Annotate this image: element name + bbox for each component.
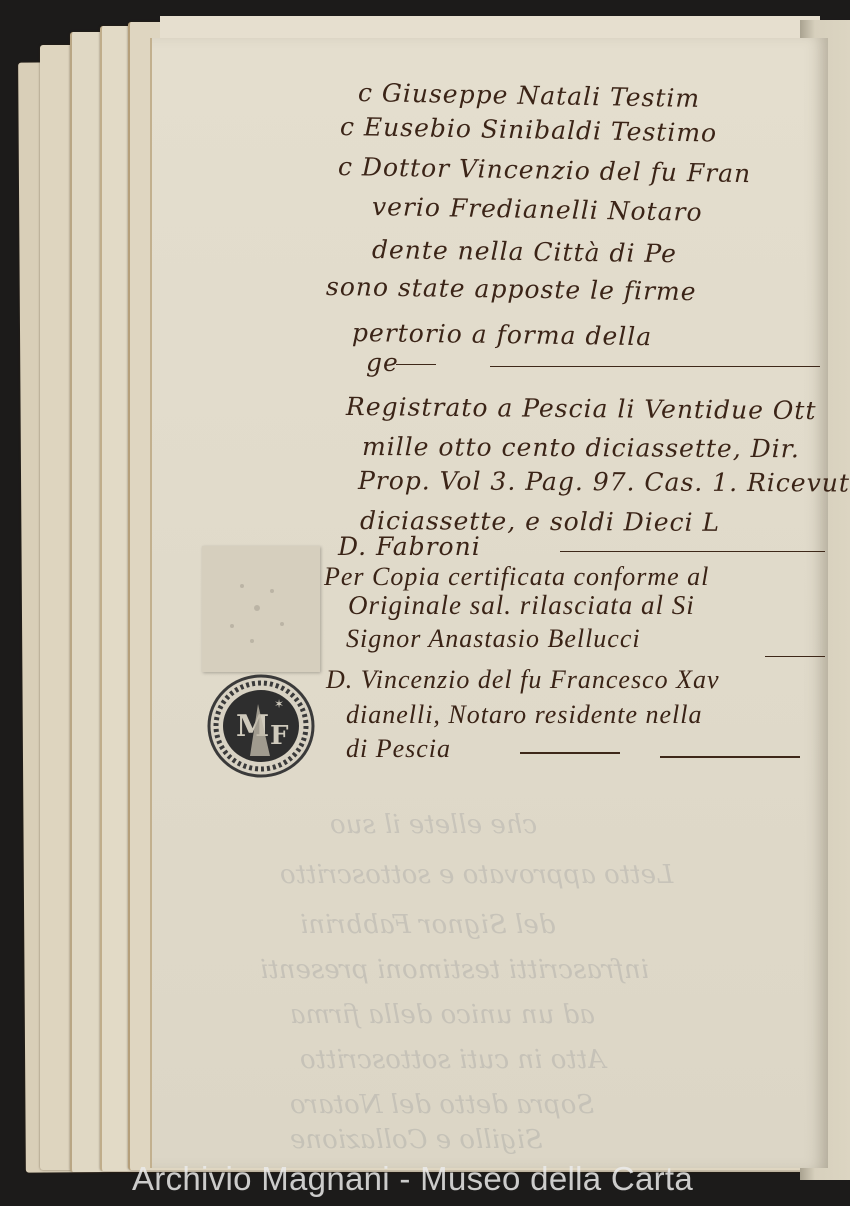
- svg-text:F: F: [270, 721, 289, 751]
- handwritten-line: verio Fredianelli Notaro: [372, 192, 703, 227]
- handwritten-line: sono state apposte le firme: [326, 272, 697, 306]
- paper-slip: [202, 546, 320, 672]
- handwritten-line: D. Fabroni: [338, 532, 481, 561]
- line-rule: [660, 756, 800, 758]
- handwritten-line: pertorio a forma della: [352, 318, 653, 351]
- handwritten-line: mille otto cento diciassette, Dir.: [362, 432, 800, 463]
- handwritten-line: Per Copia certificata conforme al: [324, 562, 709, 592]
- line-rule: [520, 752, 620, 754]
- handwritten-line: dente nella Città di Pe: [372, 235, 677, 268]
- ink-seal-icon: M F ✶: [206, 674, 316, 778]
- handwritten-line: Originale sal. rilasciata al Si: [348, 590, 695, 621]
- handwritten-line: Signor Anastasio Bellucci: [346, 624, 641, 654]
- line-rule: [560, 551, 825, 552]
- line-rule: [396, 364, 436, 365]
- handwritten-line: D. Vincenzio del fu Francesco Xav: [326, 665, 720, 695]
- line-rule: [490, 366, 820, 367]
- handwritten-line: Registrato a Pescia li Ventidue Ott: [346, 392, 817, 425]
- handwritten-line: di Pescia: [346, 734, 451, 764]
- handwritten-line: dianelli, Notaro residente nella: [346, 700, 702, 730]
- line-rule: [765, 656, 825, 657]
- svg-text:✶: ✶: [274, 697, 284, 711]
- handwritten-line: ge: [366, 348, 399, 377]
- archive-watermark: Archivio Magnani - Museo della Carta: [132, 1160, 693, 1198]
- handwritten-line: c Giuseppe Natali Testim: [358, 78, 701, 113]
- handwritten-line: Prop. Vol 3. Pag. 97. Cas. 1. Ricevuto: [358, 466, 850, 498]
